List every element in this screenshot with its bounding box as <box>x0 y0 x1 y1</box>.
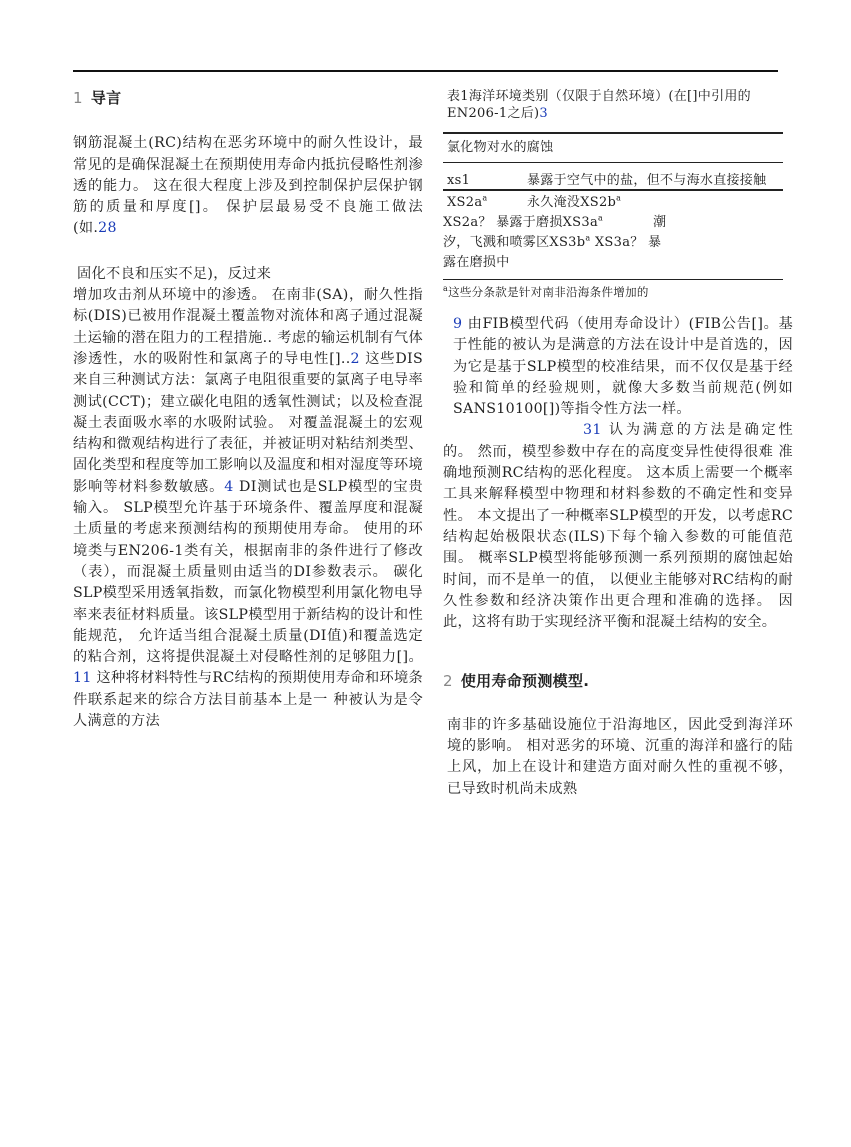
citation-link[interactable]: 2 <box>351 351 360 367</box>
caption-text: 表1海洋环境类别（仅限于自然环境）(在[]中引用的EN206-1之后) <box>447 89 751 121</box>
section-title: 导言 <box>91 89 122 107</box>
class-code: XS2aa <box>447 193 527 213</box>
footnote-mark: a <box>616 193 621 202</box>
paragraph-line: 固化不良和压实不足)，反过来 <box>73 264 423 285</box>
table-row: xs1暴露于空气中的盐，但不与海水直接接触 <box>443 171 793 191</box>
class-description: 暴露于空气中的盐，但不与海水直接接触 <box>527 173 766 188</box>
intro-paragraph-1: 钢筋混凝土(RC)结构在恶劣环境中的耐久性设计，最常见的是确保混凝土在预期使用寿… <box>73 133 423 239</box>
line-text: XS2a？ 暴露于磨损XS3a <box>443 215 598 230</box>
intro-paragraph-2: 固化不良和压实不足)，反过来 增加攻击剂从环境中的渗透。 在南非(SA)，耐久性… <box>73 264 423 733</box>
section-number: 2 <box>443 672 453 690</box>
footnote-mark: a <box>585 233 590 242</box>
table-header: 氯化物对水的腐蚀 <box>443 134 793 162</box>
line-text: 永久淹没XS2b <box>527 195 616 210</box>
citation-link[interactable]: 11 <box>73 670 92 686</box>
paragraph-text: 钢筋混凝土(RC)结构在恶劣环境中的耐久性设计，最常见的是确保混凝土在预期使用寿… <box>73 135 423 236</box>
section-2-paragraph: 南非的许多基础设施位于沿海地区，因此受到海洋环境的影响。 相对恶劣的环境、沉重的… <box>443 715 793 800</box>
line-text: 汐，飞溅和喷雾区XS3b <box>443 235 585 250</box>
paragraph-text: 由FIB模型代码（使用寿命设计）(FIB公告[]。基于性能的被认为是满意的方法在… <box>453 316 793 417</box>
footnote-text: 这些分条款是针对南非沿海条件增加的 <box>448 285 649 299</box>
right-paragraph-1: 9 由FIB模型代码（使用寿命设计）(FIB公告[]。基于性能的被认为是满意的方… <box>443 314 793 420</box>
class-code: xs1 <box>447 171 527 191</box>
section-title: 使用寿命预测模型. <box>461 672 589 690</box>
code-text: XS2a <box>447 195 482 210</box>
table-rule <box>443 279 783 281</box>
line-text: 露在磨损中 <box>443 255 510 270</box>
line-text: XS3a？ 暴 <box>595 235 661 250</box>
table-footnote: a这些分条款是针对南非沿海条件增加的 <box>443 284 793 300</box>
right-column: 表1海洋环境类别（仅限于自然环境）(在[]中引用的EN206-1之后)3 氯化物… <box>443 88 793 800</box>
table-caption: 表1海洋环境类别（仅限于自然环境）(在[]中引用的EN206-1之后)3 <box>447 88 793 122</box>
section-number: 1 <box>73 89 83 107</box>
footnote-mark: a <box>598 213 603 222</box>
table-rule <box>443 162 783 164</box>
table-body: XS2aa永久淹没XS2ba XS2a？ 暴露于磨损XS3aa潮 汐，飞溅和喷雾… <box>443 191 793 273</box>
footnote-mark: a <box>482 193 487 202</box>
section-2-heading: 2使用寿命预测模型. <box>443 671 793 692</box>
table-1: 表1海洋环境类别（仅限于自然环境）(在[]中引用的EN206-1之后)3 氯化物… <box>443 88 793 300</box>
citation-link[interactable]: 28 <box>98 220 117 236</box>
paragraph-text: 这种将材料特性与RC结构的预期使用寿命和环境条件联系起来的综合方法目前基本上是一… <box>73 670 423 729</box>
paragraph-text: DI测试也是SLP模型的宝贵输入。 SLP模型允许基于环境条件、覆盖厚度和混凝土… <box>73 479 423 665</box>
citation-link[interactable]: 4 <box>224 479 233 495</box>
citation-link[interactable]: 31 <box>583 422 602 438</box>
paragraph-text: 这些DIS来自三种测试方法：氯离子电阻很重要的氯离子电导率测试(CCT)；建立碳… <box>73 351 423 495</box>
paragraph-text: 认为满意的方法是确定性的。 然而，模型参数中存在的高度变异性使得很难 准确地预测… <box>443 422 793 630</box>
table-line: XS2aa永久淹没XS2ba <box>443 193 793 213</box>
citation-link[interactable]: 3 <box>539 106 548 121</box>
right-paragraph-2: 31 认为满意的方法是确定性的。 然而，模型参数中存在的高度变异性使得很难 准确… <box>443 420 793 633</box>
left-column: 1导言 钢筋混凝土(RC)结构在恶劣环境中的耐久性设计，最常见的是确保混凝土在预… <box>73 88 423 732</box>
line-text: 潮 <box>653 215 666 230</box>
table-line: 露在磨损中 <box>443 253 793 273</box>
citation-link[interactable]: 9 <box>453 316 462 332</box>
table-line: XS2a？ 暴露于磨损XS3aa潮 <box>443 213 793 233</box>
section-1-heading: 1导言 <box>73 88 423 109</box>
top-rule <box>73 70 778 72</box>
table-line: 汐，飞溅和喷雾区XS3ba XS3a？ 暴 <box>443 233 793 253</box>
